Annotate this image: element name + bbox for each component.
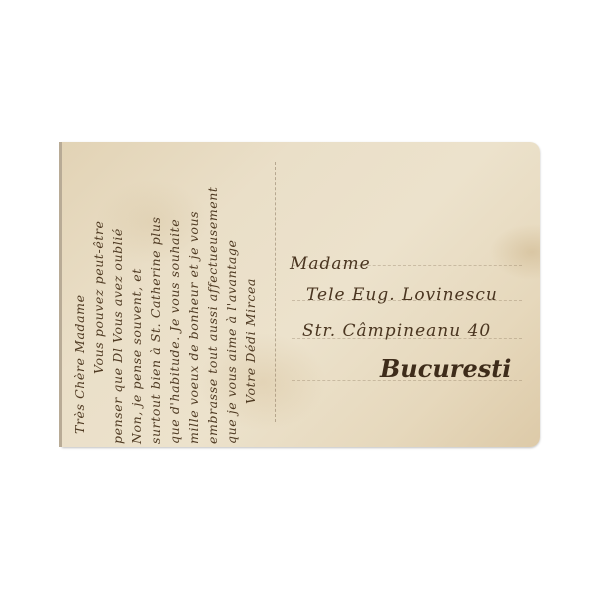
handwritten-message: Très Chère Madame Vous pouvez peut-être … (70, 144, 280, 444)
message-line: surtout bien à St. Catherine plus (146, 144, 165, 444)
message-signature: Votre Dédi Mircea (241, 144, 260, 444)
address-city: Bucuresti (380, 354, 511, 383)
message-line: penser que Dl Vous avez oublié (108, 144, 127, 444)
postcard: Très Chère Madame Vous pouvez peut-être … (62, 142, 540, 447)
message-line: que d'habitude. Je vous souhaite (165, 144, 184, 444)
message-line: mille voeux de bonheur et je vous (184, 144, 203, 444)
message-line: Très Chère Madame (70, 144, 89, 444)
address-street: Str. Câmpineanu 40 (302, 321, 491, 341)
address-salutation: Madame (290, 254, 371, 274)
message-line: Non, je pense souvent, et (127, 144, 146, 444)
message-line: Vous pouvez peut-être (89, 144, 108, 444)
message-line: embrasse tout aussi affectueusement (203, 144, 222, 444)
message-line: que je vous aime à l'avantage (222, 144, 241, 444)
address-name: Tele Eug. Lovinescu (306, 285, 498, 305)
